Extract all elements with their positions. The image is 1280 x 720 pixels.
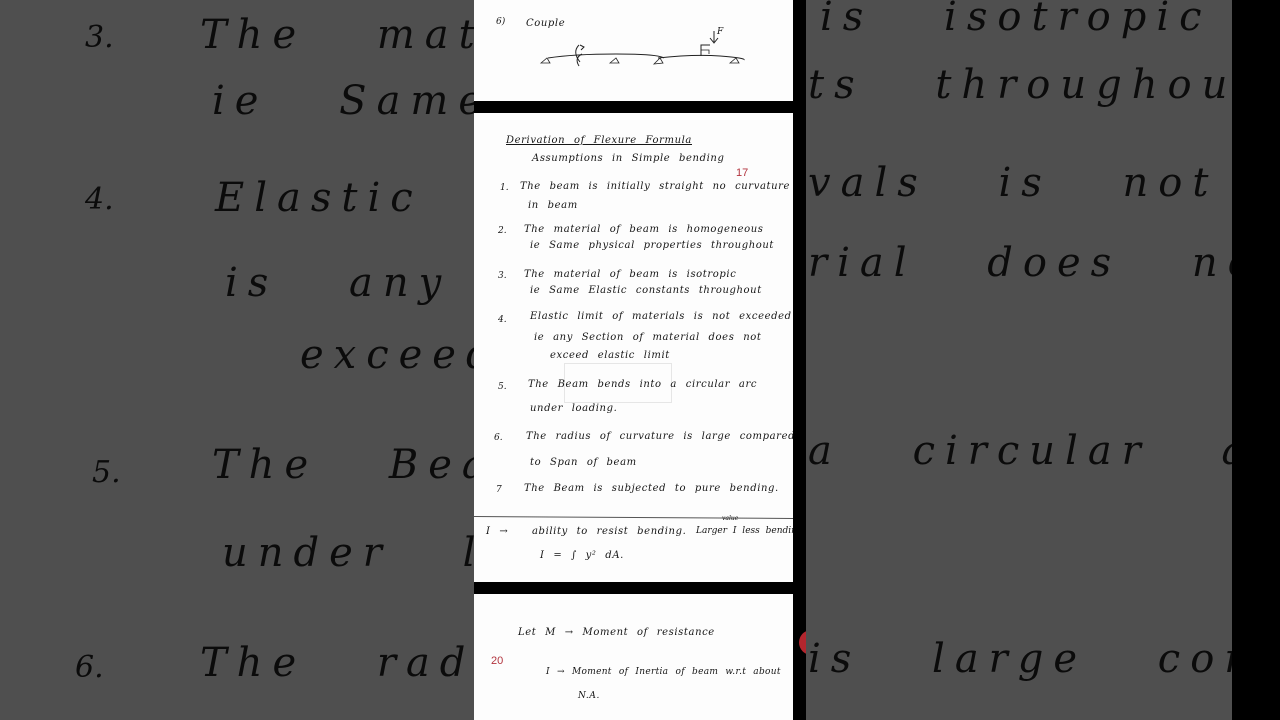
bg-line-right: is large compared [808,636,1232,682]
assumption-line: The material of beam is isotropic [524,269,736,280]
bg-number: 6. [75,650,104,685]
formula: I = ∫ y² dA. [540,550,624,561]
assumption-line: The radius of curvature is large compare… [526,431,793,442]
note-superscript: value [722,515,738,522]
bg-line-left: The mate [200,12,518,58]
assumption-number: 6. [494,433,503,443]
assumption-line: The material of beam is homogeneous [524,224,764,235]
bg-number: 4. [85,182,114,217]
bg-line-right: vals is not exceeded [808,160,1232,206]
page-marker: 20 [491,655,503,667]
bg-line-right: is isotropic [820,0,1212,40]
assumption-line: ie Same physical properties throughout [530,240,774,251]
page-marker: 17 [736,167,748,179]
notebook-page-flexure-formula: Derivation of Flexure Formula Assumption… [474,113,793,582]
assumption-line: to Span of beam [530,457,637,468]
item-number: 6) [496,17,505,27]
assumption-line: in beam [528,200,578,211]
page-subtitle: Assumptions in Simple bending [532,153,724,164]
assumption-number: 1. [500,183,509,193]
assumption-line: The Beam is subjected to pure bending. [524,483,779,494]
page-scroll-column[interactable]: 6) Couple F Derivation of Flexure Formul… [474,0,806,720]
bg-number: 5. [92,455,121,490]
assumption-number: 5. [498,382,507,392]
assumption-number: 2. [498,226,507,236]
note-side: Larger I less bending. [696,526,793,536]
assumption-line: The beam is initially straight no curvat… [520,181,790,192]
definition-line: Let M → Moment of resistance [518,627,715,638]
bg-number: 3. [85,20,114,55]
note-symbol: I → [486,526,508,537]
divider-line [474,516,793,519]
notebook-page-moment: Let M → Moment of resistance 20 I → Mome… [474,594,793,720]
definition-line: I → Moment of Inertia of beam w.r.t abou… [546,667,781,677]
bg-line-right: a circular arc [808,428,1232,474]
bg-line-left: ie Same [212,78,492,124]
assumption-line: ie Same Elastic constants throughout [530,285,762,296]
notebook-page-couple: 6) Couple F [474,0,793,101]
assumption-line: exceed elastic limit [550,350,670,361]
assumption-line: Elastic limit of materials is not exceed… [530,311,792,322]
definition-line: N.A. [578,691,600,701]
bg-line-right: rial does not [808,240,1232,286]
assumption-line: The Beam bends into a circular arc [528,379,757,390]
force-label: F [717,27,724,37]
bg-line-right: ts throughout [808,62,1232,108]
bg-line-left: exceed [300,332,502,378]
assumption-number: 3. [498,271,507,281]
assumption-number: 7 [496,485,502,495]
note-text: ability to resist bending. [532,526,686,537]
assumption-line: ie any Section of material does not [534,332,761,343]
letterbox-bar [1232,0,1280,720]
page-title: Derivation of Flexure Formula [506,135,692,146]
assumption-number: 4. [498,315,507,325]
assumption-line: under loading. [530,403,617,414]
